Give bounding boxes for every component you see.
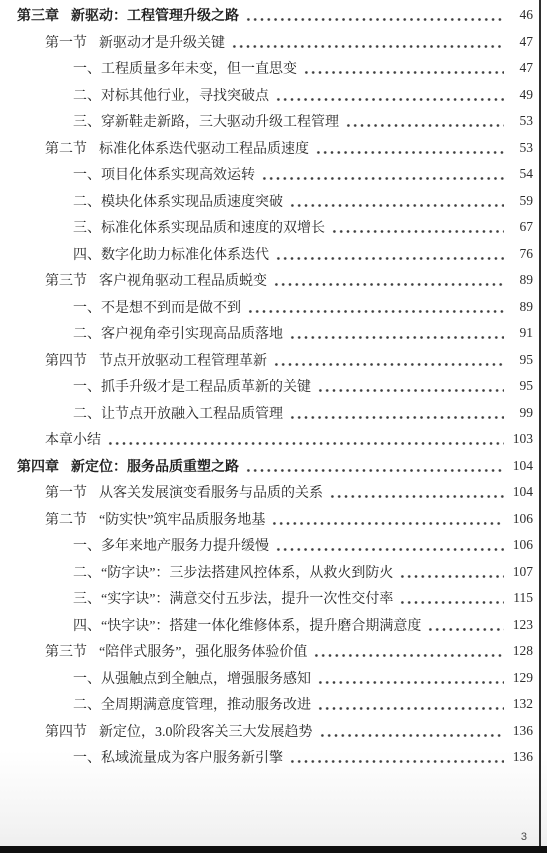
toc-entry-title: 四、数字化助力标准化体系迭代 [73, 244, 269, 264]
toc-entry-title: 节点开放驱动工程管理革新 [99, 350, 267, 370]
toc-entry-title: 一、不是想不到而是做不到 [73, 297, 241, 317]
toc-entry-title: 一、工程质量多年未变，但一直思变 [73, 58, 297, 78]
dot-leader [289, 320, 504, 347]
toc-entry-page: 95 [509, 378, 533, 394]
toc-entry: 三、标准化体系实现品质和速度的双增长67 [0, 214, 533, 241]
toc-entry-page: 67 [509, 219, 533, 235]
dot-leader [245, 2, 504, 29]
toc-entry: 本章小结103 [0, 426, 533, 453]
dot-leader [317, 665, 504, 692]
toc-entry: 二、让节点开放融入工程品质管理99 [0, 400, 533, 427]
toc-entry-title: 一、从强触点到全触点，增强服务感知 [73, 668, 311, 688]
toc-entry-title: 一、抓手升级才是工程品质革新的关键 [73, 376, 311, 396]
dot-leader [247, 294, 504, 321]
dot-leader [317, 373, 504, 400]
dot-leader [261, 161, 504, 188]
toc-entry: 一、从强触点到全触点，增强服务感知129 [0, 665, 533, 692]
toc-entry-page: 115 [509, 590, 533, 606]
toc-entry-page: 136 [509, 749, 533, 765]
toc-entry-title: “陪伴式服务”，强化服务体验价值 [99, 641, 307, 661]
toc-entry-title: 标准化体系迭代驱动工程品质速度 [99, 138, 309, 158]
toc-entry-page: 106 [509, 537, 533, 553]
toc-entry: 第三节客户视角驱动工程品质蜕变89 [0, 267, 533, 294]
toc-entry-title: 本章小结 [45, 429, 101, 449]
toc-entry-page: 91 [509, 325, 533, 341]
dot-leader [313, 638, 504, 665]
toc-entry-page: 99 [509, 405, 533, 421]
dot-leader [275, 532, 504, 559]
toc-entry: 第二节标准化体系迭代驱动工程品质速度53 [0, 135, 533, 162]
dot-leader [315, 135, 504, 162]
dot-leader [107, 426, 504, 453]
toc-entry-title: 从客关发展演变看服务与品质的关系 [99, 482, 323, 502]
toc-entry-title: 二、模块化体系实现品质速度突破 [73, 191, 283, 211]
dot-leader [245, 453, 504, 480]
toc-entry-label: 第四节 [45, 350, 87, 370]
toc-entry-page: 103 [509, 431, 533, 447]
footer-page-number: 3 [521, 831, 527, 843]
toc-entry-page: 46 [509, 7, 533, 23]
toc-entry: 四、“快字诀”：搭建一体化维修体系，提升磨合期满意度123 [0, 612, 533, 639]
toc-entry-title: 新驱动才是升级关键 [99, 32, 225, 52]
toc-entry-page: 53 [509, 113, 533, 129]
toc-entry-page: 107 [509, 564, 533, 580]
dot-leader [289, 400, 504, 427]
dot-leader [399, 559, 504, 586]
toc-entry-label: 第二节 [45, 138, 87, 158]
toc-entry-page: 89 [509, 299, 533, 315]
toc-entry: 第四节新定位，3.0阶段客关三大发展趋势136 [0, 718, 533, 745]
toc-entry-label: 第四章 [17, 456, 59, 476]
toc-entry: 二、全周期满意度管理，推动服务改进132 [0, 691, 533, 718]
toc-entry-title: 一、项目化体系实现高效运转 [73, 164, 255, 184]
toc-entry-page: 89 [509, 272, 533, 288]
toc-entry-label: 第四节 [45, 721, 87, 741]
dot-leader [319, 718, 505, 745]
toc-entry: 三、穿新鞋走新路，三大驱动升级工程管理53 [0, 108, 533, 135]
dot-leader [275, 82, 504, 109]
toc-entry-title: 二、让节点开放融入工程品质管理 [73, 403, 283, 423]
dot-leader [427, 612, 504, 639]
toc-entry-page: 59 [509, 193, 533, 209]
toc-entry-title: 三、“实字诀”：满意交付五步法，提升一次性交付率 [73, 588, 393, 608]
dot-leader [273, 267, 504, 294]
toc-entry-page: 106 [509, 511, 533, 527]
toc-entry-title: 三、穿新鞋走新路，三大驱动升级工程管理 [73, 111, 339, 131]
toc-entry: 一、私域流量成为客户服务新引擎136 [0, 744, 533, 771]
toc-entry: 第一节新驱动才是升级关键47 [0, 29, 533, 56]
toc-entry-page: 129 [509, 670, 533, 686]
toc-entry: 四、数字化助力标准化体系迭代76 [0, 241, 533, 268]
toc-entry-label: 第三节 [45, 641, 87, 661]
toc-entry-page: 132 [509, 696, 533, 712]
toc-entry: 二、对标其他行业，寻找突破点49 [0, 82, 533, 109]
toc-entry: 第四章新定位：服务品质重塑之路104 [0, 453, 533, 480]
toc-entry-title: 新定位，3.0阶段客关三大发展趋势 [99, 721, 313, 741]
toc-entry: 第二节“防实快”筑牢品质服务地基106 [0, 506, 533, 533]
toc-entry: 三、“实字诀”：满意交付五步法，提升一次性交付率115 [0, 585, 533, 612]
page-edge-line [539, 0, 541, 846]
toc-entry-title: 二、对标其他行业，寻找突破点 [73, 85, 269, 105]
dot-leader [275, 241, 504, 268]
toc-entry-title: 一、私域流量成为客户服务新引擎 [73, 747, 283, 767]
toc-entry-label: 第三节 [45, 270, 87, 290]
dot-leader [317, 691, 504, 718]
dot-leader [231, 29, 504, 56]
dot-leader [345, 108, 504, 135]
toc-entry-title: “防实快”筑牢品质服务地基 [99, 509, 265, 529]
toc-entry: 二、客户视角牵引实现高品质落地91 [0, 320, 533, 347]
toc-entry-title: 新定位：服务品质重塑之路 [71, 456, 239, 476]
toc-entry: 一、抓手升级才是工程品质革新的关键95 [0, 373, 533, 400]
toc-entry-title: 三、标准化体系实现品质和速度的双增长 [73, 217, 325, 237]
bottom-edge-bar [0, 846, 547, 853]
toc-entry: 一、多年来地产服务力提升缓慢106 [0, 532, 533, 559]
toc-entry: 二、“防字诀”：三步法搭建风控体系，从救火到防火107 [0, 559, 533, 586]
toc-entry-title: 新驱动：工程管理升级之路 [71, 5, 239, 25]
toc-entry-title: 二、客户视角牵引实现高品质落地 [73, 323, 283, 343]
toc-entry-page: 76 [509, 246, 533, 262]
toc-entry-page: 54 [509, 166, 533, 182]
toc-entry: 第三节“陪伴式服务”，强化服务体验价值128 [0, 638, 533, 665]
dot-leader [331, 214, 504, 241]
dot-leader [273, 347, 504, 374]
toc-entry-page: 104 [509, 484, 533, 500]
toc-entry: 一、工程质量多年未变，但一直思变47 [0, 55, 533, 82]
toc-entry: 第四节节点开放驱动工程管理革新95 [0, 347, 533, 374]
dot-leader [271, 506, 504, 533]
toc-entry: 二、模块化体系实现品质速度突破59 [0, 188, 533, 215]
toc-entry-title: 四、“快字诀”：搭建一体化维修体系，提升磨合期满意度 [73, 615, 421, 635]
toc-entry-page: 128 [509, 643, 533, 659]
toc-entry: 第三章新驱动：工程管理升级之路46 [0, 2, 533, 29]
toc-entry-label: 第一节 [45, 482, 87, 502]
toc-entry-title: 一、多年来地产服务力提升缓慢 [73, 535, 269, 555]
toc-entry-label: 第二节 [45, 509, 87, 529]
toc-entry-page: 47 [509, 34, 533, 50]
toc-entry-page: 123 [509, 617, 533, 633]
toc-entry-page: 136 [509, 723, 533, 739]
toc-entry-page: 49 [509, 87, 533, 103]
toc-entry-title: 二、“防字诀”：三步法搭建风控体系，从救火到防火 [73, 562, 393, 582]
toc-entry-page: 104 [509, 458, 533, 474]
toc-entry-title: 客户视角驱动工程品质蜕变 [99, 270, 267, 290]
toc-entry-title: 二、全周期满意度管理，推动服务改进 [73, 694, 311, 714]
dot-leader [329, 479, 504, 506]
toc-entry: 第一节从客关发展演变看服务与品质的关系104 [0, 479, 533, 506]
toc-entry-label: 第三章 [17, 5, 59, 25]
toc-list: 第三章新驱动：工程管理升级之路46第一节新驱动才是升级关键47一、工程质量多年未… [0, 2, 533, 771]
toc-entry-label: 第一节 [45, 32, 87, 52]
dot-leader [289, 744, 504, 771]
dot-leader [399, 585, 504, 612]
toc-entry: 一、项目化体系实现高效运转54 [0, 161, 533, 188]
toc-entry: 一、不是想不到而是做不到89 [0, 294, 533, 321]
dot-leader [303, 55, 504, 82]
dot-leader [289, 188, 504, 215]
toc-entry-page: 95 [509, 352, 533, 368]
toc-entry-page: 47 [509, 60, 533, 76]
toc-entry-page: 53 [509, 140, 533, 156]
